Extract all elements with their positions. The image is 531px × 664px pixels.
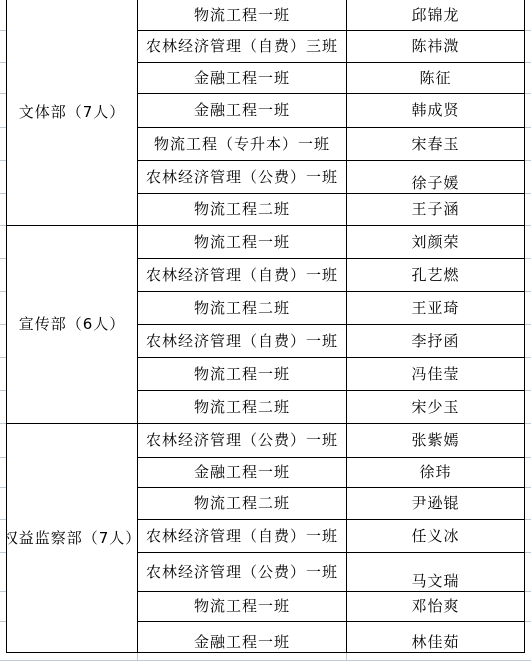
class-cell[interactable]: 农林经济管理（公费）一班 [138,424,347,458]
gridline-stub [0,621,6,622]
gridline-stub [525,487,531,488]
gridline-stub [525,423,531,424]
class-cell[interactable]: 物流工程（专升本）一班 [138,128,347,161]
student-name-cell[interactable]: 王亚琦 [347,292,524,325]
student-name-cell[interactable]: 邱锦龙 [347,0,524,31]
student-name-cell[interactable]: 邓怡爽 [347,592,524,622]
gridline-stub [525,127,531,128]
class-cell[interactable]: 物流工程一班 [138,592,347,622]
department-cell-xuanchuanbu[interactable]: 宣传部（6人） [7,226,138,424]
gridline-stub [0,258,6,259]
class-cell[interactable]: 农林经济管理（自费）一班 [138,259,347,292]
class-cell[interactable]: 金融工程一班 [138,63,347,94]
gridline-stub [525,591,531,592]
gridline-stub [0,291,6,292]
class-cell[interactable]: 物流工程二班 [138,391,347,424]
student-name-cell[interactable]: 孔艺燃 [347,259,524,292]
gridline-stub [525,30,531,31]
gridline-stub [525,457,531,458]
student-name-cell[interactable]: 徐子媛 [347,161,524,194]
gridline-stub [525,258,531,259]
class-cell[interactable]: 农林经济管理（自费）三班 [138,31,347,63]
class-cell[interactable]: 物流工程一班 [138,226,347,259]
student-name-cell[interactable]: 刘颜荣 [347,226,524,259]
class-cell[interactable]: 物流工程二班 [138,292,347,325]
gridline-stub [0,552,6,553]
student-name-cell[interactable]: 马文瑞 [347,553,524,592]
gridline-stub [525,621,531,622]
student-name-cell[interactable]: 任义冰 [347,520,524,553]
class-cell[interactable]: 物流工程二班 [138,194,347,226]
gridline-stub [525,160,531,161]
gridline-stub [0,487,6,488]
gridline-stub [525,519,531,520]
gridline-stub [137,653,138,660]
gridline-stub [525,193,531,194]
gridline-stub [525,390,531,391]
gridline-stub [0,357,6,358]
gridline-stub [525,93,531,94]
gridline-stub [525,62,531,63]
student-name-cell[interactable]: 林佳茹 [347,622,524,653]
student-name-cell[interactable]: 尹逊锟 [347,488,524,520]
gridline-stub [0,457,6,458]
student-name-cell[interactable]: 徐玮 [347,458,524,488]
gridline-stub [0,127,6,128]
class-cell[interactable]: 物流工程二班 [138,488,347,520]
gridline-stub [0,160,6,161]
class-cell[interactable]: 金融工程一班 [138,622,347,653]
gridline-stub [525,552,531,553]
gridline-stub [525,291,531,292]
gridline-stub [0,423,6,424]
class-cell[interactable]: 农林经济管理（自费）一班 [138,520,347,553]
gridline-stub [0,324,6,325]
gridline-stub [0,62,6,63]
student-name-cell[interactable]: 李抒函 [347,325,524,358]
gridline-stub [0,591,6,592]
class-cell[interactable]: 农林经济管理（自费）一班 [138,325,347,358]
student-name-cell[interactable]: 陈祎溦 [347,31,524,63]
department-cell-quanyijianchabu[interactable]: 权益监察部（7人） [7,424,138,653]
class-cell[interactable]: 金融工程一班 [138,458,347,488]
gridline-stub [525,357,531,358]
gridline-stub [0,193,6,194]
student-name-cell[interactable]: 韩成贤 [347,94,524,128]
roster-table: 文体部（7人） 物流工程一班 邱锦龙 农林经济管理（自费）三班 陈祎溦 金融工程… [6,0,525,653]
gridline-stub [525,324,531,325]
student-name-cell[interactable]: 王子涵 [347,194,524,226]
gridline-stub [0,93,6,94]
gridline-stub [0,660,531,661]
class-cell[interactable]: 金融工程一班 [138,94,347,128]
gridline-stub [525,225,531,226]
student-name-cell[interactable]: 宋春玉 [347,128,524,161]
student-name-cell[interactable]: 陈征 [347,63,524,94]
department-cell-wentibu[interactable]: 文体部（7人） [7,0,138,226]
student-name-cell[interactable]: 张紫嫣 [347,424,524,458]
gridline-stub [0,30,6,31]
class-cell[interactable]: 物流工程一班 [138,358,347,391]
gridline-stub [0,390,6,391]
gridline-stub [0,519,6,520]
student-name-cell[interactable]: 宋少玉 [347,391,524,424]
gridline-stub [0,225,6,226]
spreadsheet-view: 文体部（7人） 物流工程一班 邱锦龙 农林经济管理（自费）三班 陈祎溦 金融工程… [0,0,531,664]
class-cell[interactable]: 农林经济管理（公费）一班 [138,553,347,592]
class-cell[interactable]: 农林经济管理（公费）一班 [138,161,347,194]
gridline-stub [346,653,347,660]
student-name-cell[interactable]: 冯佳莹 [347,358,524,391]
class-cell[interactable]: 物流工程一班 [138,0,347,31]
